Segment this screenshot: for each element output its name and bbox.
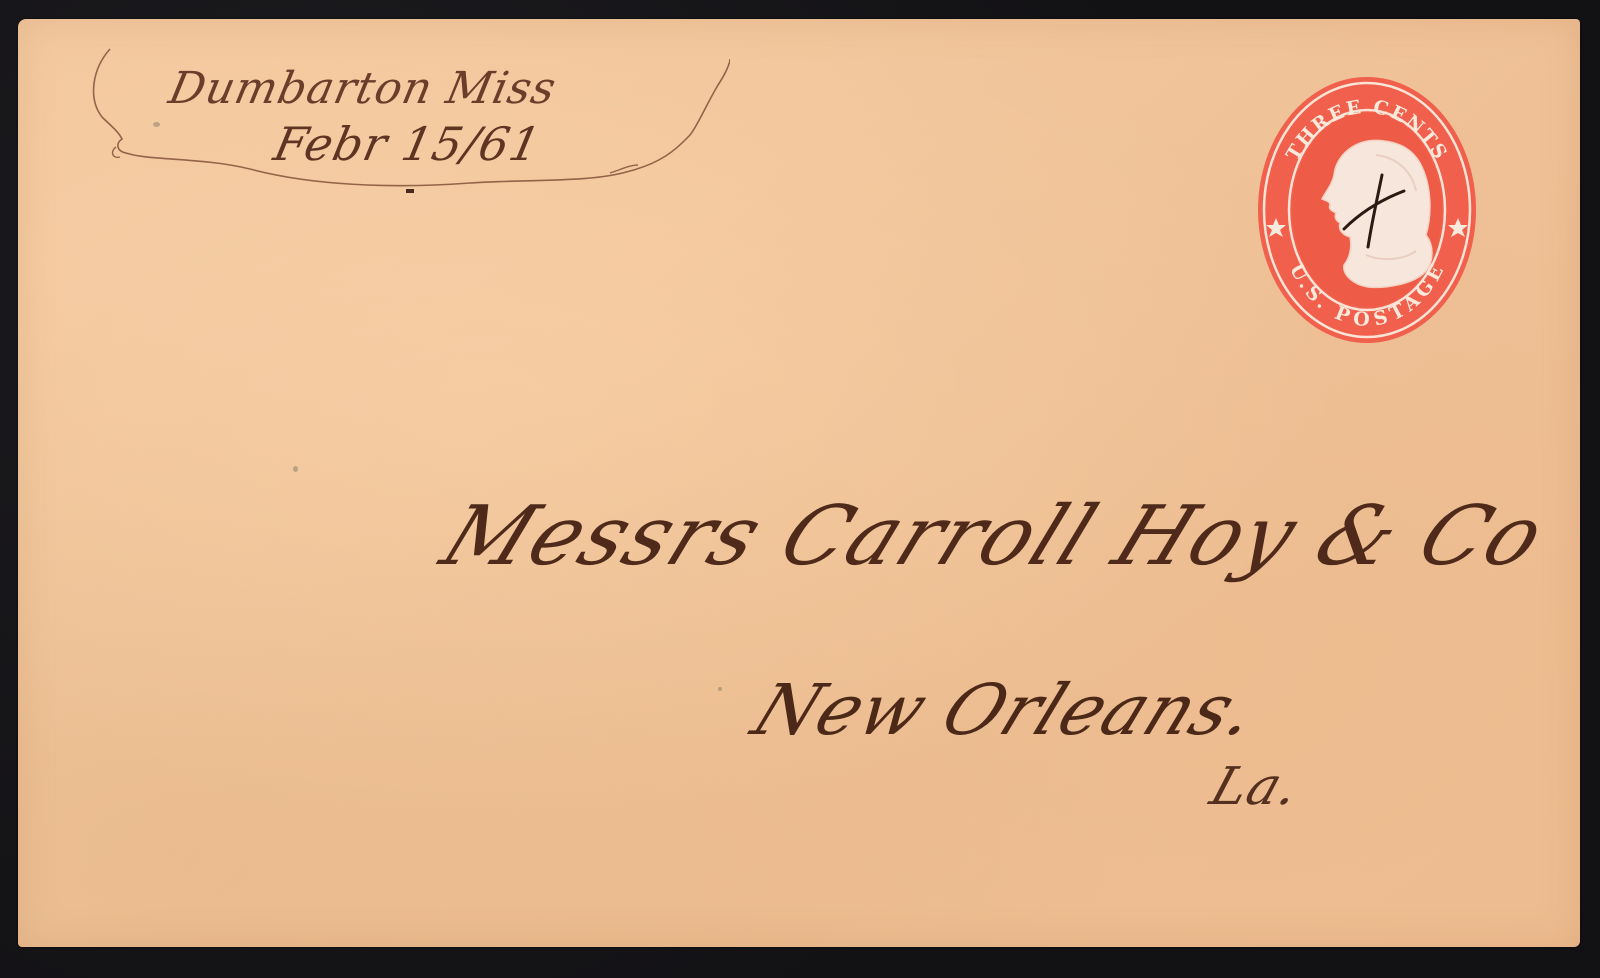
- paper-speck: [718, 687, 722, 691]
- envelope: Dumbarton Miss Febr 15/61 THREE CENTS U.…: [18, 19, 1580, 947]
- docket-origin-text: Dumbarton Miss: [165, 63, 561, 114]
- manuscript-docket: Dumbarton Miss Febr 15/61: [90, 39, 730, 199]
- docket-date-text: Febr 15/61: [269, 117, 546, 171]
- address-city-text: New Orleans.: [741, 669, 1271, 751]
- paper-speck: [293, 466, 298, 472]
- address-state-text: La.: [1203, 757, 1308, 817]
- pen-cancel-x-icon: [1338, 171, 1408, 251]
- addressee-text: Messrs Carroll Hoy & Co: [429, 489, 1560, 584]
- paper-speck: [153, 122, 160, 127]
